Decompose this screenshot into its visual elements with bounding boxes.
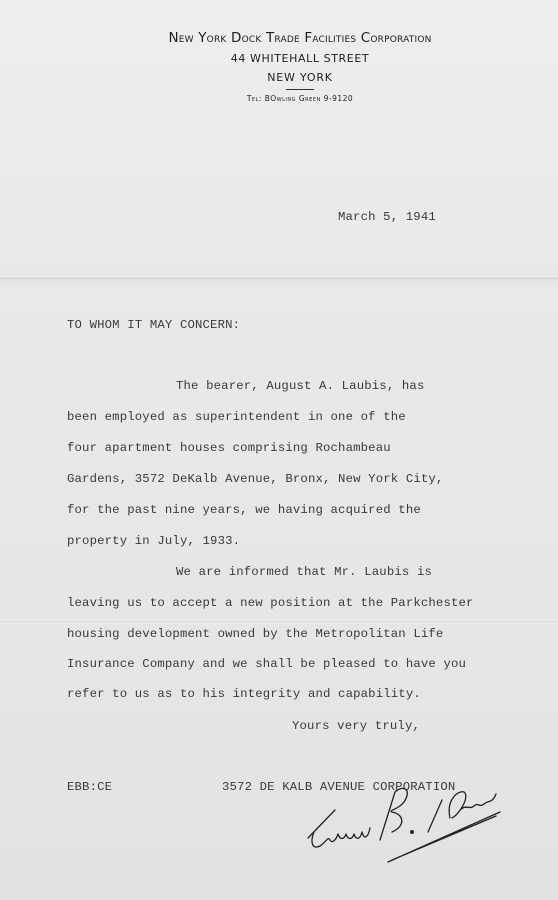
salutation: TO WHOM IT MAY CONCERN:	[67, 318, 240, 332]
body-line: We are informed that Mr. Laubis is	[176, 565, 432, 579]
letterhead-city: NEW YORK	[0, 71, 558, 84]
body-line: refer to us as to his integrity and capa…	[67, 687, 421, 701]
body-line: been employed as superintendent in one o…	[67, 410, 406, 424]
body-line: four apartment houses comprising Rochamb…	[67, 441, 391, 455]
body-line: Gardens, 3572 DeKalb Avenue, Bronx, New …	[67, 472, 443, 486]
paper-fold	[0, 276, 558, 279]
letterhead-rule	[286, 89, 314, 90]
body-line: housing development owned by the Metropo…	[67, 627, 443, 641]
letterhead-telephone: Tel: BOwling Green 9-9120	[0, 94, 558, 103]
letter-page: New York Dock Trade Facilities Corporati…	[0, 0, 558, 900]
body-line: leaving us to accept a new position at t…	[67, 596, 474, 610]
body-line: property in July, 1933.	[67, 534, 240, 548]
body-line: Insurance Company and we shall be please…	[67, 657, 466, 671]
letterhead-company: New York Dock Trade Facilities Corporati…	[0, 30, 558, 46]
letterhead-street: 44 WHITEHALL STREET	[0, 52, 558, 65]
paper-fold	[0, 620, 558, 622]
body-line: The bearer, August A. Laubis, has	[176, 379, 424, 393]
reference-initials: EBB:CE	[67, 780, 112, 794]
letter-date: March 5, 1941	[338, 210, 436, 224]
closing: Yours very truly,	[292, 719, 420, 733]
body-line: for the past nine years, we having acqui…	[67, 503, 421, 517]
handwritten-signature	[300, 770, 510, 870]
